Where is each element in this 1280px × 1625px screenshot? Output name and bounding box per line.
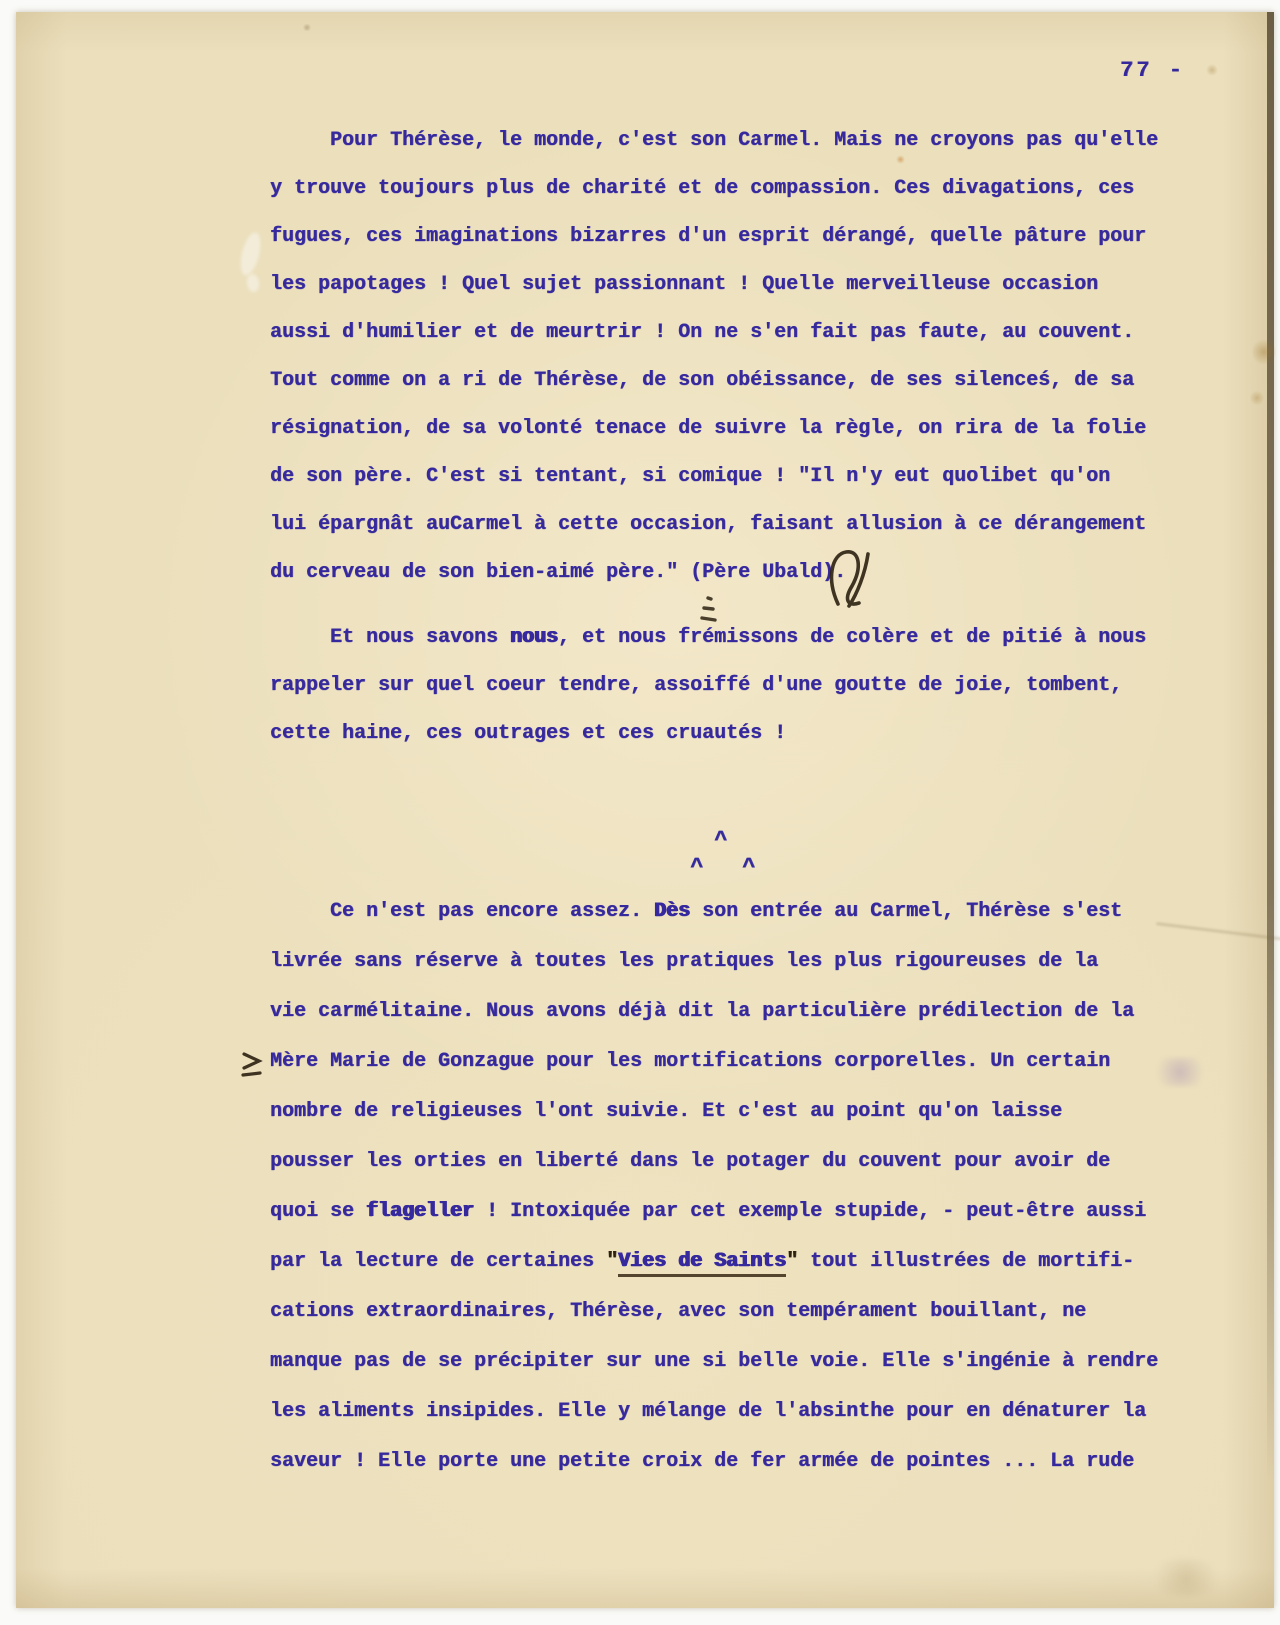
typed-text-segment: ! Intoxiquée par cet exemple stupide, - …: [474, 1200, 1146, 1223]
typed-line: résignation, de sa volonté tenace de sui…: [270, 405, 1210, 453]
section-separator-mark: ^: [690, 857, 703, 879]
typed-text-segment: du cerveau de son bien-aimé père." (Père…: [270, 561, 846, 584]
paper-stain: [1146, 1560, 1226, 1596]
typed-text-segment: par la lecture de certaines: [270, 1250, 606, 1273]
typed-text-segment: nombre de religieuses l'ont suivie. Et c…: [270, 1100, 1062, 1123]
correction-fluid-mark: [237, 231, 264, 278]
typed-text-segment: ": [606, 1250, 618, 1273]
typed-line: du cerveau de son bien-aimé père." (Père…: [270, 549, 1210, 597]
typed-line: rappeler sur quel coeur tendre, assoiffé…: [270, 662, 1210, 710]
typed-line: nombre de religieuses l'ont suivie. Et c…: [270, 1087, 1210, 1137]
margin-squiggle-mark: [243, 1054, 260, 1075]
typed-line: livrée sans réserve à toutes les pratiqu…: [270, 937, 1210, 987]
paper-stain: [1250, 390, 1264, 406]
typed-text-segment: son entrée au Carmel, Thérèse s'est: [690, 900, 1122, 923]
typed-text-segment: vie carmélitaine. Nous avons déjà dit la…: [270, 1000, 1134, 1023]
typed-text-segment: cations extraordinaires, Thérèse, avec s…: [270, 1300, 1086, 1323]
typed-text-segment: résignation, de sa volonté tenace de sui…: [270, 417, 1146, 440]
typed-text-segment: Mère Marie de Gonzague pour les mortific…: [270, 1050, 1110, 1073]
typed-line: cette haine, ces outrages et ces cruauté…: [270, 710, 1210, 758]
typed-line: par la lecture de certaines "Vies de Sai…: [270, 1237, 1210, 1287]
typed-line: fugues, ces imaginations bizarres d'un e…: [270, 213, 1210, 261]
typed-text-segment: manque pas de se précipiter sur une si b…: [270, 1350, 1158, 1373]
typed-line: les papotages ! Quel sujet passionnant !…: [270, 261, 1210, 309]
typed-text-segment: Pour Thérèse, le monde, c'est son Carmel…: [330, 129, 1158, 152]
typed-line: cations extraordinaires, Thérèse, avec s…: [270, 1287, 1210, 1337]
typed-text-segment: tout illustrées de mortifi-: [798, 1250, 1134, 1273]
typed-text-segment: aussi d'humilier et de meurtrir ! On ne …: [270, 321, 1134, 344]
typed-text-segment: y trouve toujours plus de charité et de …: [270, 177, 1134, 200]
typed-text-segment: lui épargnât auCarmel à cette occasion, …: [270, 513, 1146, 536]
typed-line: saveur ! Elle porte une petite croix de …: [270, 1437, 1210, 1487]
typed-text-segment: ": [786, 1250, 798, 1273]
typed-text-segment: Tout comme on a ri de Thérèse, de son ob…: [270, 369, 1134, 392]
typed-text-segment: Dès: [654, 900, 690, 923]
typed-text-segment: Et nous savons: [330, 626, 510, 649]
typescript-page: 77 - Pour Thérèse, le monde, c'est son C…: [16, 12, 1274, 1608]
typed-line: les aliments insipides. Elle y mélange d…: [270, 1387, 1210, 1437]
typed-line: de son père. C'est si tentant, si comiqu…: [270, 453, 1210, 501]
paper-stain: [1252, 338, 1276, 366]
paper-stain: [896, 155, 905, 164]
typed-line: y trouve toujours plus de charité et de …: [270, 165, 1210, 213]
typed-line: Ce n'est pas encore assez. Dès son entré…: [270, 887, 1210, 937]
typed-text-segment: quoi se: [270, 1200, 366, 1223]
typed-line: Tout comme on a ri de Thérèse, de son ob…: [270, 357, 1210, 405]
typed-text-segment: , et nous frémissons de colère et de pit…: [558, 626, 1146, 649]
correction-fluid-mark: [246, 273, 260, 292]
typed-line: lui épargnât auCarmel à cette occasion, …: [270, 501, 1210, 549]
ink-smudge: [1150, 1058, 1210, 1086]
typed-text-segment: rappeler sur quel coeur tendre, assoiffé…: [270, 674, 1122, 697]
typed-text-segment: de son père. C'est si tentant, si comiqu…: [270, 465, 1110, 488]
page-number: 77 -: [1120, 58, 1185, 83]
paper-stain: [1206, 64, 1218, 76]
paragraph-1: Pour Thérèse, le monde, c'est son Carmel…: [270, 117, 1210, 597]
scan-edge-shadow: [1267, 12, 1274, 1482]
typed-text-segment: nous: [510, 626, 558, 649]
typed-line: pousser les orties en liberté dans le po…: [270, 1137, 1210, 1187]
typed-text-segment: fugues, ces imaginations bizarres d'un e…: [270, 225, 1146, 248]
typed-line: Et nous savons nous, et nous frémissons …: [270, 614, 1210, 662]
section-separator-mark: ^: [714, 830, 727, 852]
typed-text-segment: Ce n'est pas encore assez.: [330, 900, 654, 923]
typed-line: aussi d'humilier et de meurtrir ! On ne …: [270, 309, 1210, 357]
paragraph-2: Et nous savons nous, et nous frémissons …: [270, 614, 1210, 758]
typed-text-segment: les papotages ! Quel sujet passionnant !…: [270, 273, 1098, 296]
paper-stain: [302, 24, 312, 31]
typed-line: quoi se flageller ! Intoxiquée par cet e…: [270, 1187, 1210, 1237]
paragraph-3: Ce n'est pas encore assez. Dès son entré…: [270, 887, 1210, 1487]
typed-text-segment: Vies de Saints: [618, 1250, 786, 1277]
typed-text-segment: livrée sans réserve à toutes les pratiqu…: [270, 950, 1098, 973]
typed-text-segment: les aliments insipides. Elle y mélange d…: [270, 1400, 1146, 1423]
typed-text-segment: pousser les orties en liberté dans le po…: [270, 1150, 1110, 1173]
typed-line: Pour Thérèse, le monde, c'est son Carmel…: [270, 117, 1210, 165]
typed-text-segment: cette haine, ces outrages et ces cruauté…: [270, 722, 786, 745]
typed-text-segment: saveur ! Elle porte une petite croix de …: [270, 1450, 1134, 1473]
typed-line: Mère Marie de Gonzague pour les mortific…: [270, 1037, 1210, 1087]
typed-line: vie carmélitaine. Nous avons déjà dit la…: [270, 987, 1210, 1037]
typed-text-segment: flageller: [366, 1200, 474, 1223]
typed-line: manque pas de se précipiter sur une si b…: [270, 1337, 1210, 1387]
section-separator-mark: ^: [742, 857, 755, 879]
